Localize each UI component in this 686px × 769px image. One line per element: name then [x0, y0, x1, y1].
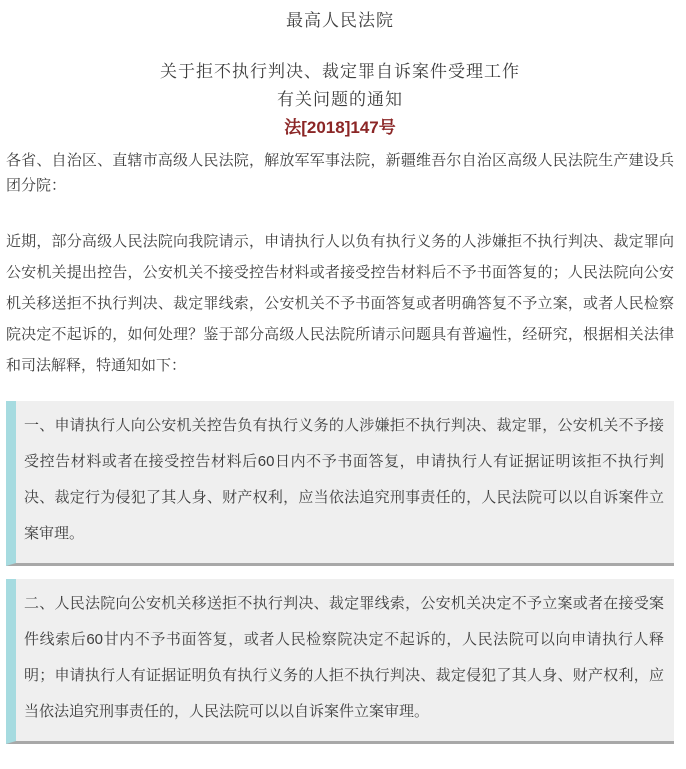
doc-number: 法[2018]147号	[6, 116, 674, 140]
provision-1-text: 一、申请执行人向公安机关控告负有执行义务的人涉嫌拒不执行判决、裁定罪，公安机关不…	[24, 408, 664, 552]
doc-title-line-1: 关于拒不执行判决、裁定罪自诉案件受理工作	[6, 58, 674, 86]
provision-box-2: 二、人民法院向公安机关移送拒不执行判决、裁定罪线索，公安机关决定不予立案或者在接…	[6, 579, 674, 744]
provision-2-text: 二、人民法院向公安机关移送拒不执行判决、裁定罪线索，公安机关决定不予立案或者在接…	[24, 586, 664, 730]
doc-title-line-2: 有关问题的通知	[6, 86, 674, 114]
issuing-authority: 最高人民法院	[6, 10, 674, 32]
provision-box-1: 一、申请执行人向公安机关控告负有执行义务的人涉嫌拒不执行判决、裁定罪，公安机关不…	[6, 401, 674, 566]
doc-header: 最高人民法院 关于拒不执行判决、裁定罪自诉案件受理工作 有关问题的通知 法[20…	[6, 10, 674, 140]
addressee-line: 各省、自治区、直辖市高级人民法院，解放军军事法院，新疆维吾尔自治区高级人民法院生…	[6, 148, 674, 198]
notice-document: 最高人民法院 关于拒不执行判决、裁定罪自诉案件受理工作 有关问题的通知 法[20…	[0, 0, 686, 744]
doc-title: 关于拒不执行判决、裁定罪自诉案件受理工作 有关问题的通知	[6, 58, 674, 114]
intro-paragraph: 近期，部分高级人民法院向我院请示，申请执行人以负有执行义务的人涉嫌拒不执行判决、…	[6, 226, 674, 381]
